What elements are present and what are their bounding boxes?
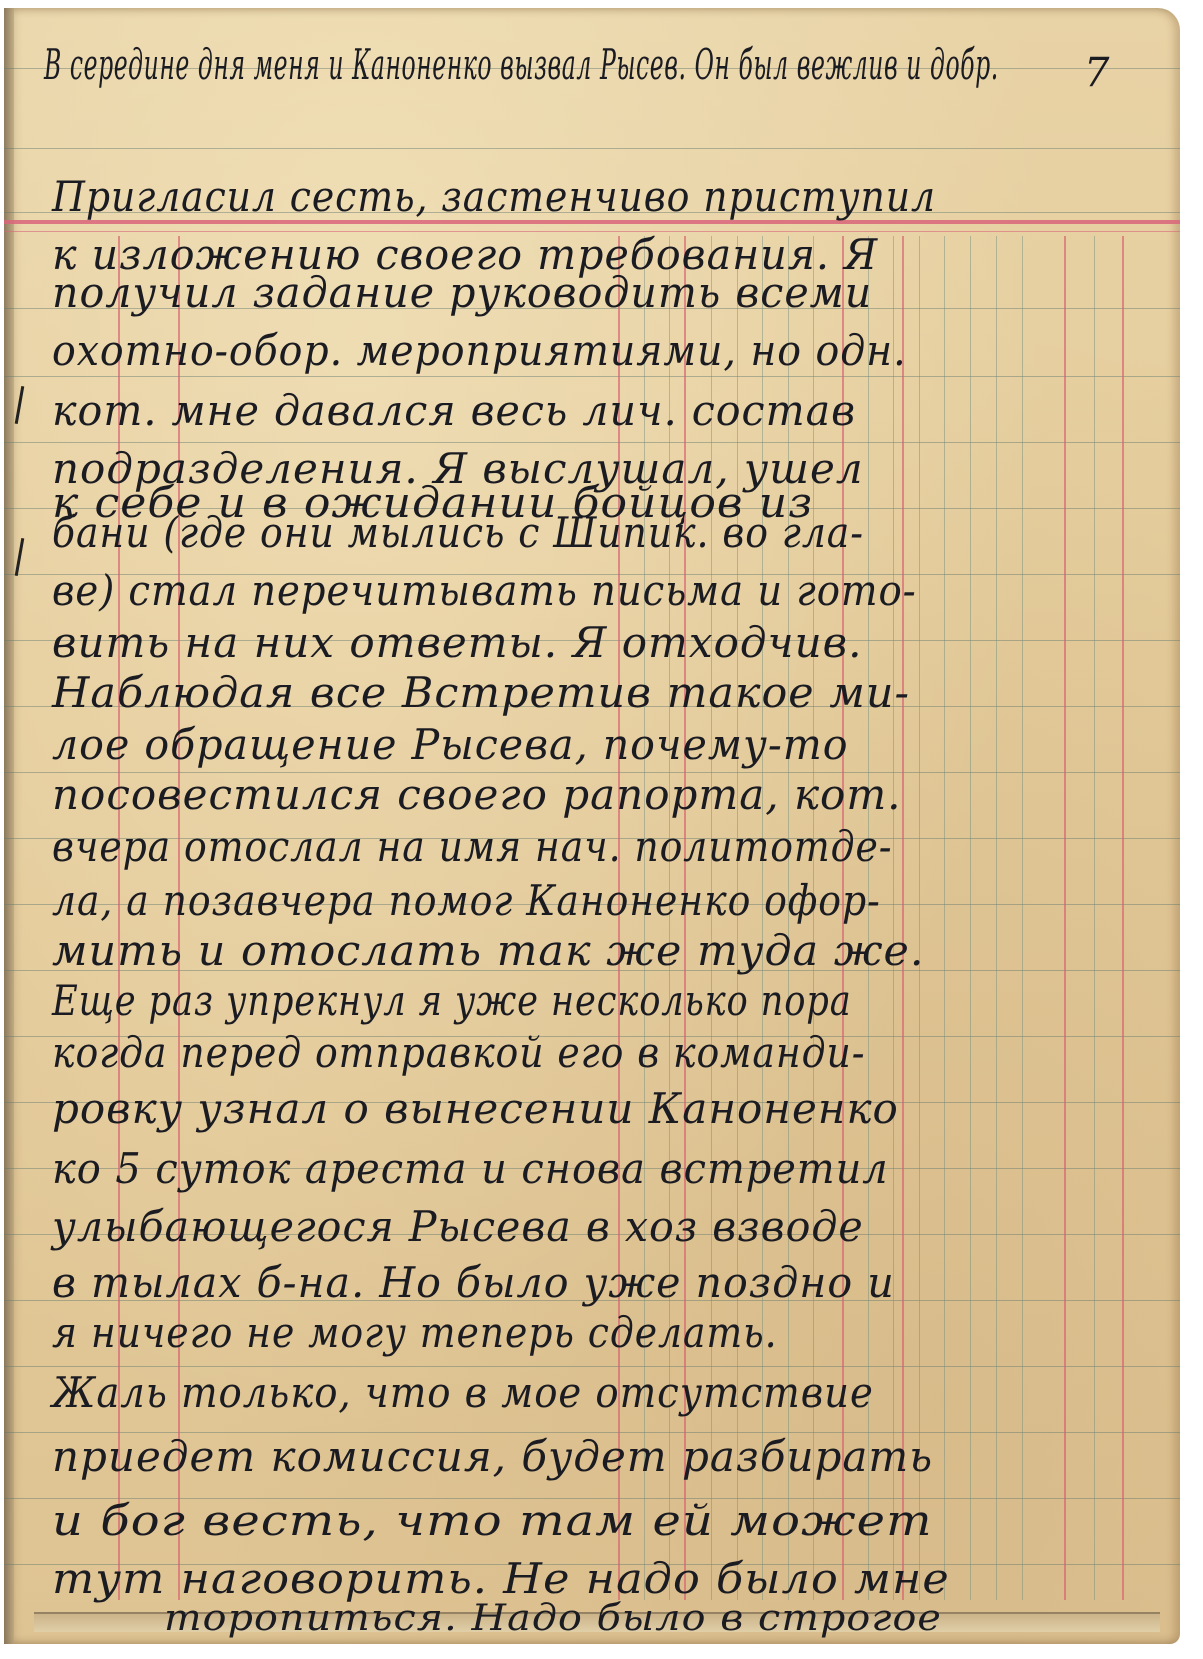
handwritten-line: мить и отослать так же туда же.: [52, 926, 925, 975]
ruled-line: [4, 376, 1180, 377]
handwritten-line: Пригласил сесть, застенчиво приступил: [52, 172, 936, 221]
ruled-line: [4, 442, 1180, 443]
binding-edge: [4, 8, 14, 1644]
ledger-column-line: [1022, 236, 1023, 1600]
handwritten-line: посовестился своего рапорта, кот.: [52, 770, 902, 819]
page-number: 7: [1084, 50, 1109, 96]
handwritten-line: лое обращение Рысева, почему-то: [52, 720, 848, 769]
margin-mark: [15, 538, 25, 576]
handwritten-line: получил задание руководить всеми: [52, 268, 872, 317]
handwritten-line: Наблюдая все Встретив такое ми-: [52, 668, 910, 717]
handwritten-line: бани (где они мылись с Шипик. во гла-: [52, 508, 864, 557]
handwritten-line: охотно-обор. мероприятиями, но одн.: [52, 326, 907, 375]
handwritten-line: кот. мне давался весь лич. состав: [52, 386, 856, 435]
notebook-page: 7 В середине дня меня и Каноненко вызвал…: [4, 8, 1180, 1644]
ledger-column-line: [1064, 236, 1066, 1600]
ledger-column-line: [902, 236, 904, 1600]
ledger-column-line: [970, 236, 971, 1600]
handwritten-line: ровку узнал о вынесении Каноненко: [52, 1084, 899, 1133]
handwritten-line: вить на них ответы. Я отходчив.: [52, 618, 862, 667]
handwritten-line: и бог весть, что там ей может: [52, 1496, 933, 1545]
ledger-column-line: [944, 236, 945, 1600]
handwritten-line: приедет комиссия, будет разбирать: [52, 1432, 933, 1481]
ledger-column-line: [1094, 236, 1095, 1600]
ledger-column-line: [919, 236, 920, 1600]
handwritten-line: торопиться. Надо было в строгое: [164, 1598, 942, 1639]
handwritten-line: Еще раз упрекнул я уже несколько пора: [52, 976, 852, 1025]
ledger-column-line: [1122, 236, 1124, 1600]
margin-mark: [15, 386, 25, 424]
handwritten-line: ла, а позавчера помог Каноненко офор-: [52, 876, 881, 925]
handwritten-line: ко 5 суток ареста и снова встретил: [52, 1144, 889, 1193]
ledger-column-line: [996, 236, 997, 1600]
handwritten-line: в тылах б-на. Но было уже поздно и: [52, 1258, 895, 1307]
handwritten-line: В середине дня меня и Каноненко вызвал Р…: [44, 40, 999, 89]
handwritten-line: ве) стал перечитывать письма и гото-: [52, 566, 917, 615]
handwritten-line: когда перед отправкой его в команди-: [52, 1028, 865, 1077]
ruled-line: [4, 1366, 1180, 1367]
handwritten-line: Жаль только, что в мое отсутствие: [52, 1368, 874, 1417]
handwritten-line: вчера отослал на имя нач. политотде-: [52, 822, 892, 871]
ruled-line: [4, 148, 1180, 149]
handwritten-line: улыбающегося Рысева в хоз взводе: [52, 1202, 864, 1251]
handwritten-line: я ничего не могу теперь сделать.: [52, 1308, 778, 1357]
ledger-column-line: [893, 236, 894, 1600]
handwritten-line: тут наговорить. Не надо было мне: [52, 1554, 950, 1603]
